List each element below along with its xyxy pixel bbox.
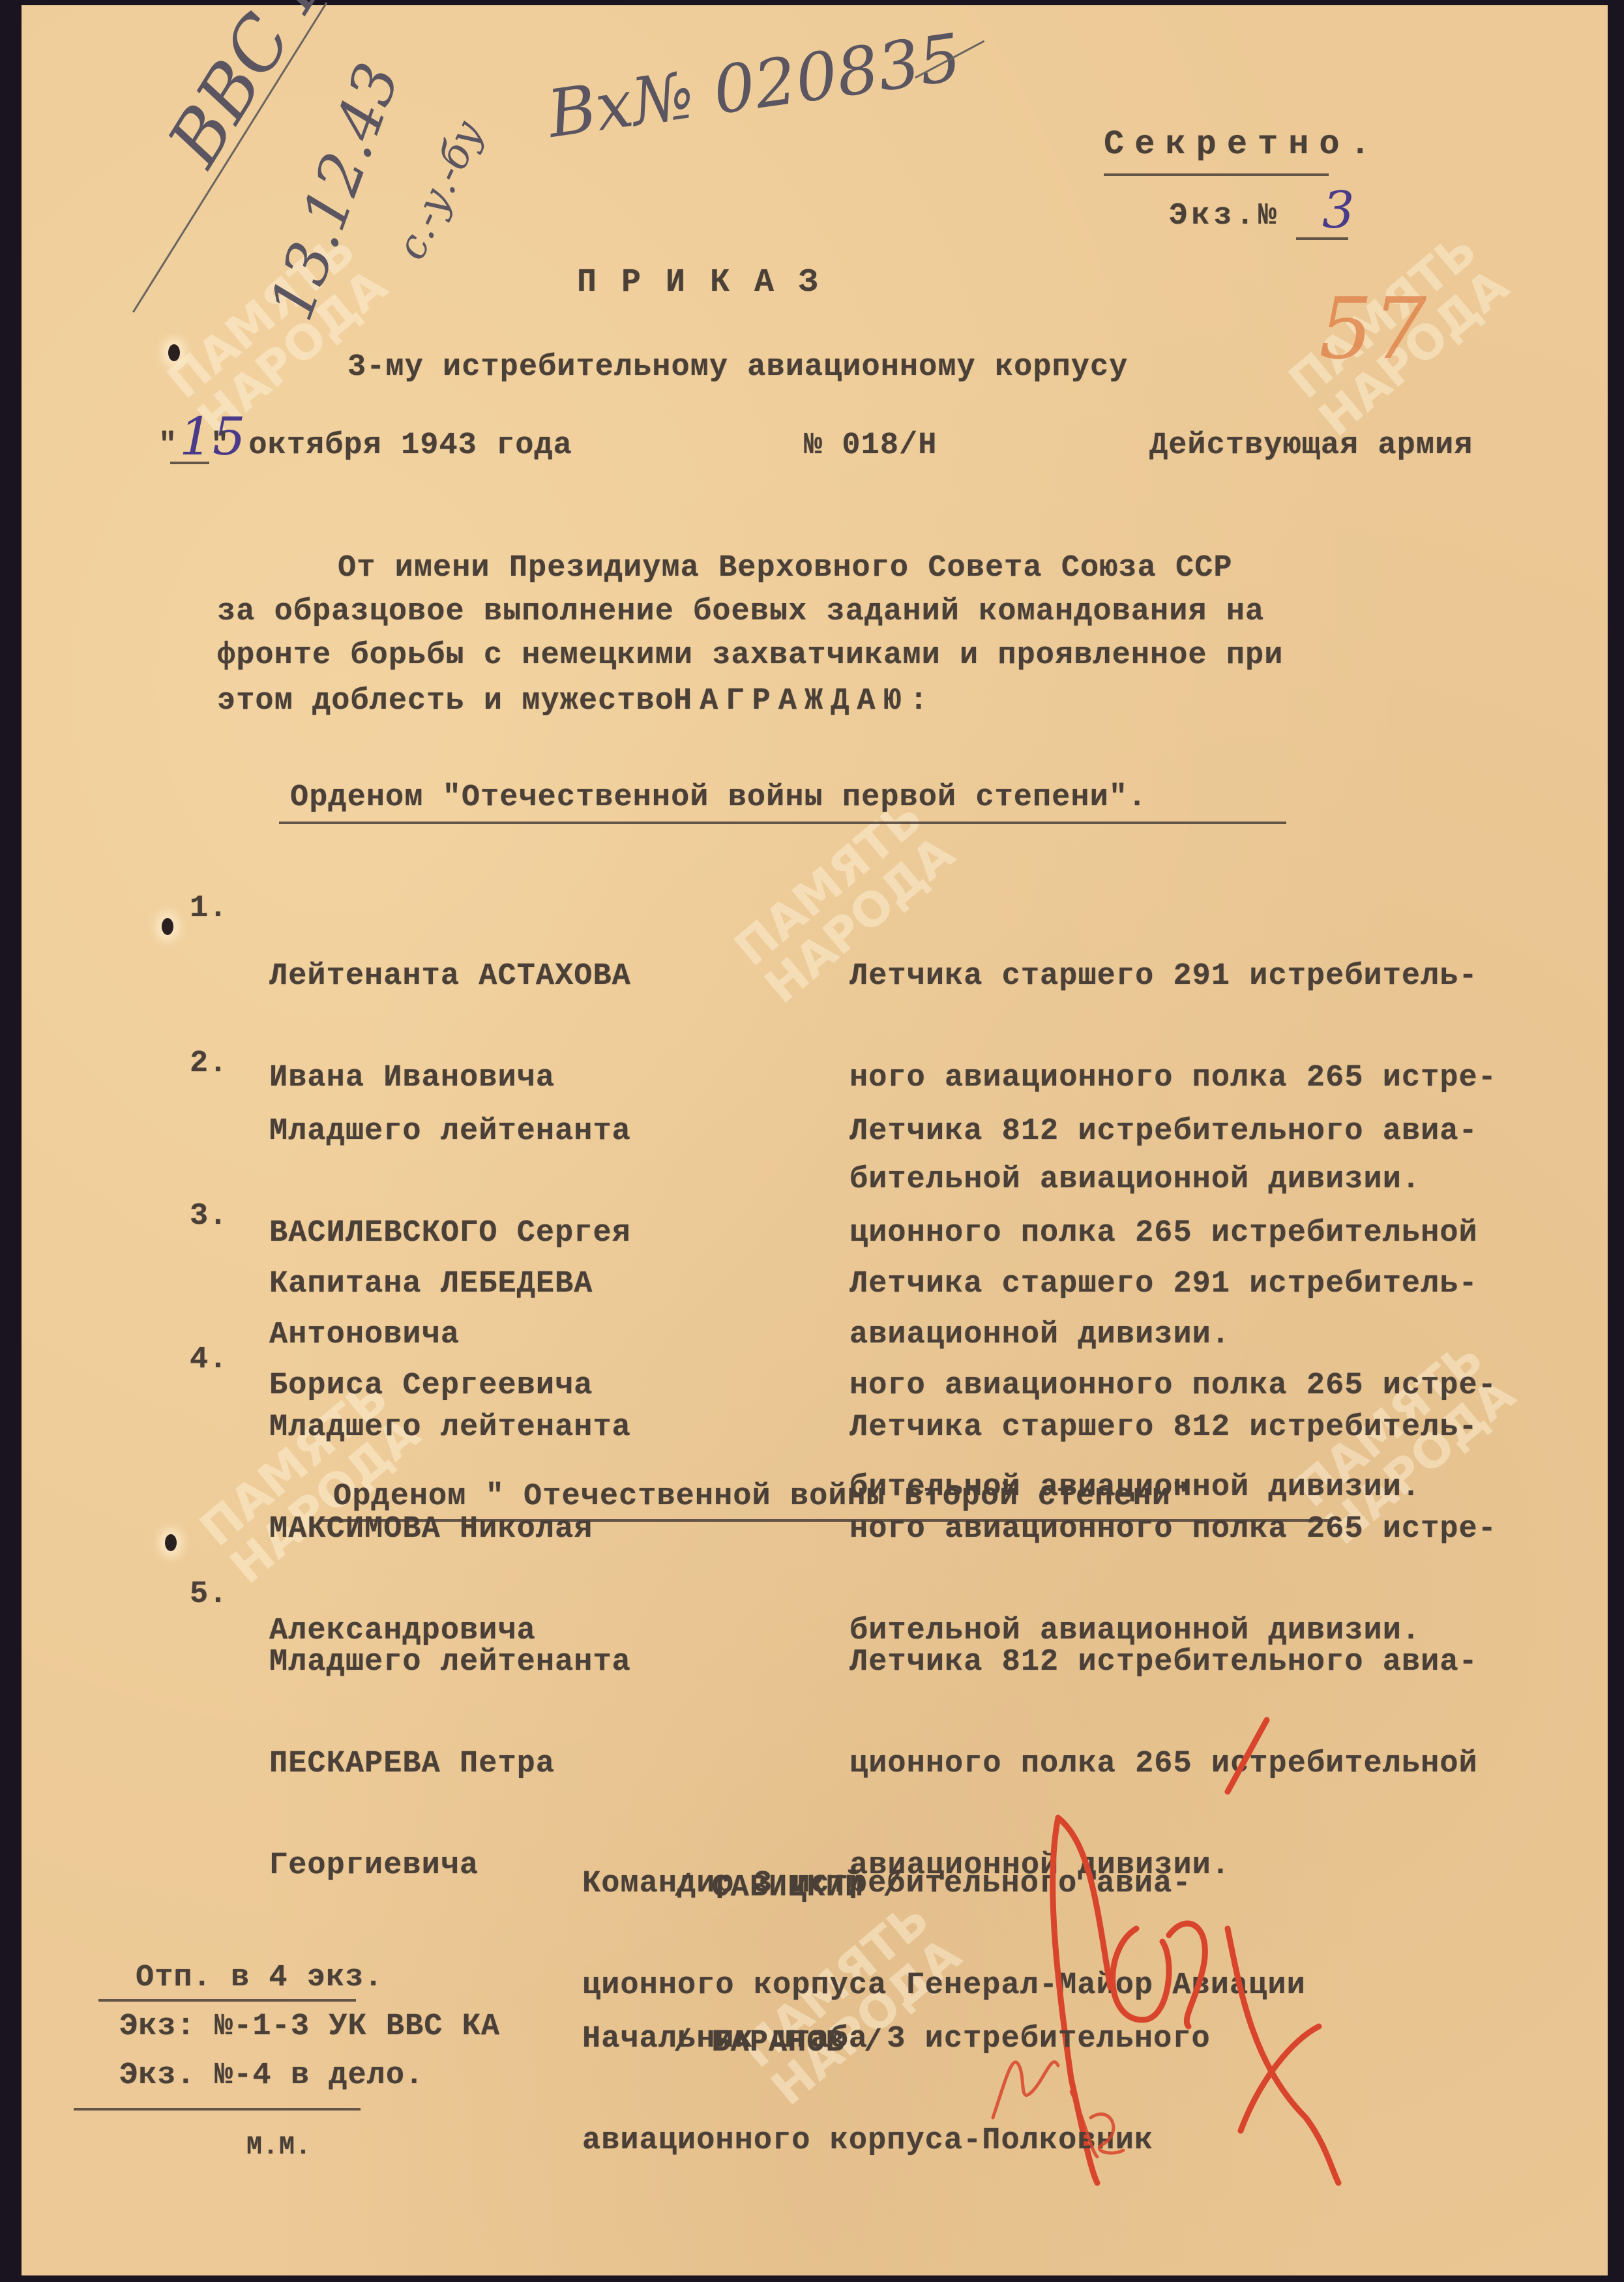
document-page: ПАМЯТЬ НАРОДА ПАМЯТЬ НАРОДА ПАМЯТЬ НАРОД…: [22, 5, 1608, 2275]
awardee-name-line: Младшего лейтенанта: [269, 1646, 631, 1680]
distribution-bottom-rule: [74, 2108, 361, 2111]
copy-label: Экз.№: [1169, 200, 1280, 233]
copy-number: 3: [1322, 181, 1355, 240]
awardee-name-line: Младшего лейтенанта: [269, 1411, 631, 1445]
awardee-position-line: Летчика 812 истребительного авиа-: [849, 1646, 1478, 1680]
punch-hole: [165, 1534, 177, 1551]
awardee-number: 3.: [190, 1200, 228, 1234]
awardee-name: Младшего лейтенанта ПЕСКАРЕВА Петра Геор…: [269, 1578, 631, 1951]
copy-number-underline: [1296, 237, 1348, 240]
preamble-line: за образцовое выполнение боевых заданий …: [217, 595, 1264, 629]
awardee-name-line: МАКСИМОВА Николая: [269, 1513, 631, 1547]
chief-of-staff-signature: [980, 2013, 1162, 2163]
awardee-position-line: Летчика старшего 291 истребитель-: [849, 1267, 1497, 1301]
addressee: 3-му истребительному авиационному корпус…: [347, 351, 1128, 385]
date-text: " октября 1943 года: [211, 429, 572, 463]
handwritten-date: 13.12.43: [256, 54, 413, 329]
awardee-number: 2.: [190, 1047, 228, 1081]
awardee-name-line: Георгиевича: [269, 1849, 631, 1883]
location: Действующая армия: [1149, 429, 1473, 463]
awardee-number: 5.: [190, 1578, 228, 1612]
commander-name: / САВИЦКИЙ /: [673, 1871, 902, 1905]
preamble-line: фронте борьбы с немецкими захватчиками и…: [217, 639, 1283, 673]
distribution-copy-1-3: Экз: №-1-3 УК ВВС КА: [119, 2010, 500, 2044]
document-title: ПРИКАЗ: [577, 266, 843, 300]
awardee-position-line: Летчика старшего 291 истребитель-: [849, 960, 1497, 994]
typist-initials: М.М.: [246, 2131, 312, 2165]
handwritten-registry-number: Вх№ 020835: [543, 19, 966, 153]
awardee-name-line: Капитана ЛЕБЕДЕВА: [269, 1267, 593, 1301]
section-heading-second-degree: Орденом " Отечественной войны второй сте…: [333, 1480, 1190, 1514]
awardee-name-line: Младшего лейтенанта: [269, 1115, 631, 1149]
classification-label: Секретно.: [1104, 128, 1381, 162]
awardee-position-line: ного авиационного полка 265 истре-: [849, 1513, 1497, 1547]
order-number: № 018/Н: [804, 429, 937, 463]
section-heading-underline: [279, 822, 1286, 824]
distribution-copy-4: Экз. №-4 в дело.: [119, 2059, 424, 2093]
preamble-line: этом доблесть и мужество: [217, 685, 674, 719]
awardee-number: 4.: [190, 1343, 228, 1377]
chief-of-staff-name: / БАРАНОВ /: [673, 2026, 883, 2060]
distribution-underline: [98, 1999, 356, 2002]
awardee-number: 1.: [190, 892, 228, 926]
punch-hole: [162, 918, 173, 935]
handwritten-signature: с.-у.-бу: [387, 113, 492, 267]
classification-underline: [1104, 173, 1329, 176]
date-day-underline: [170, 462, 209, 464]
awardee-name-line: Лейтенанта АСТАХОВА: [269, 960, 631, 994]
date-open-quote: ": [158, 429, 177, 463]
punch-hole: [168, 344, 180, 361]
awardee-name-line: ПЕСКАРЕВА Петра: [269, 1747, 631, 1781]
section-heading-first-degree: Орденом "Отечественной войны первой степ…: [290, 781, 1147, 815]
awardee-position-line: Летчика 812 истребительного авиа-: [849, 1115, 1478, 1149]
preamble-emphasis: НАГРАЖДАЮ:: [673, 685, 936, 719]
section-heading-underline: [321, 1519, 1332, 1522]
page-number: 57: [1319, 279, 1426, 378]
distribution-copies: Отп. в 4 экз.: [136, 1961, 383, 1995]
preamble-line: От имени Президиума Верховного Совета Со…: [338, 552, 1233, 585]
awardee-position-line: Летчика старшего 812 истребитель-: [849, 1411, 1497, 1445]
